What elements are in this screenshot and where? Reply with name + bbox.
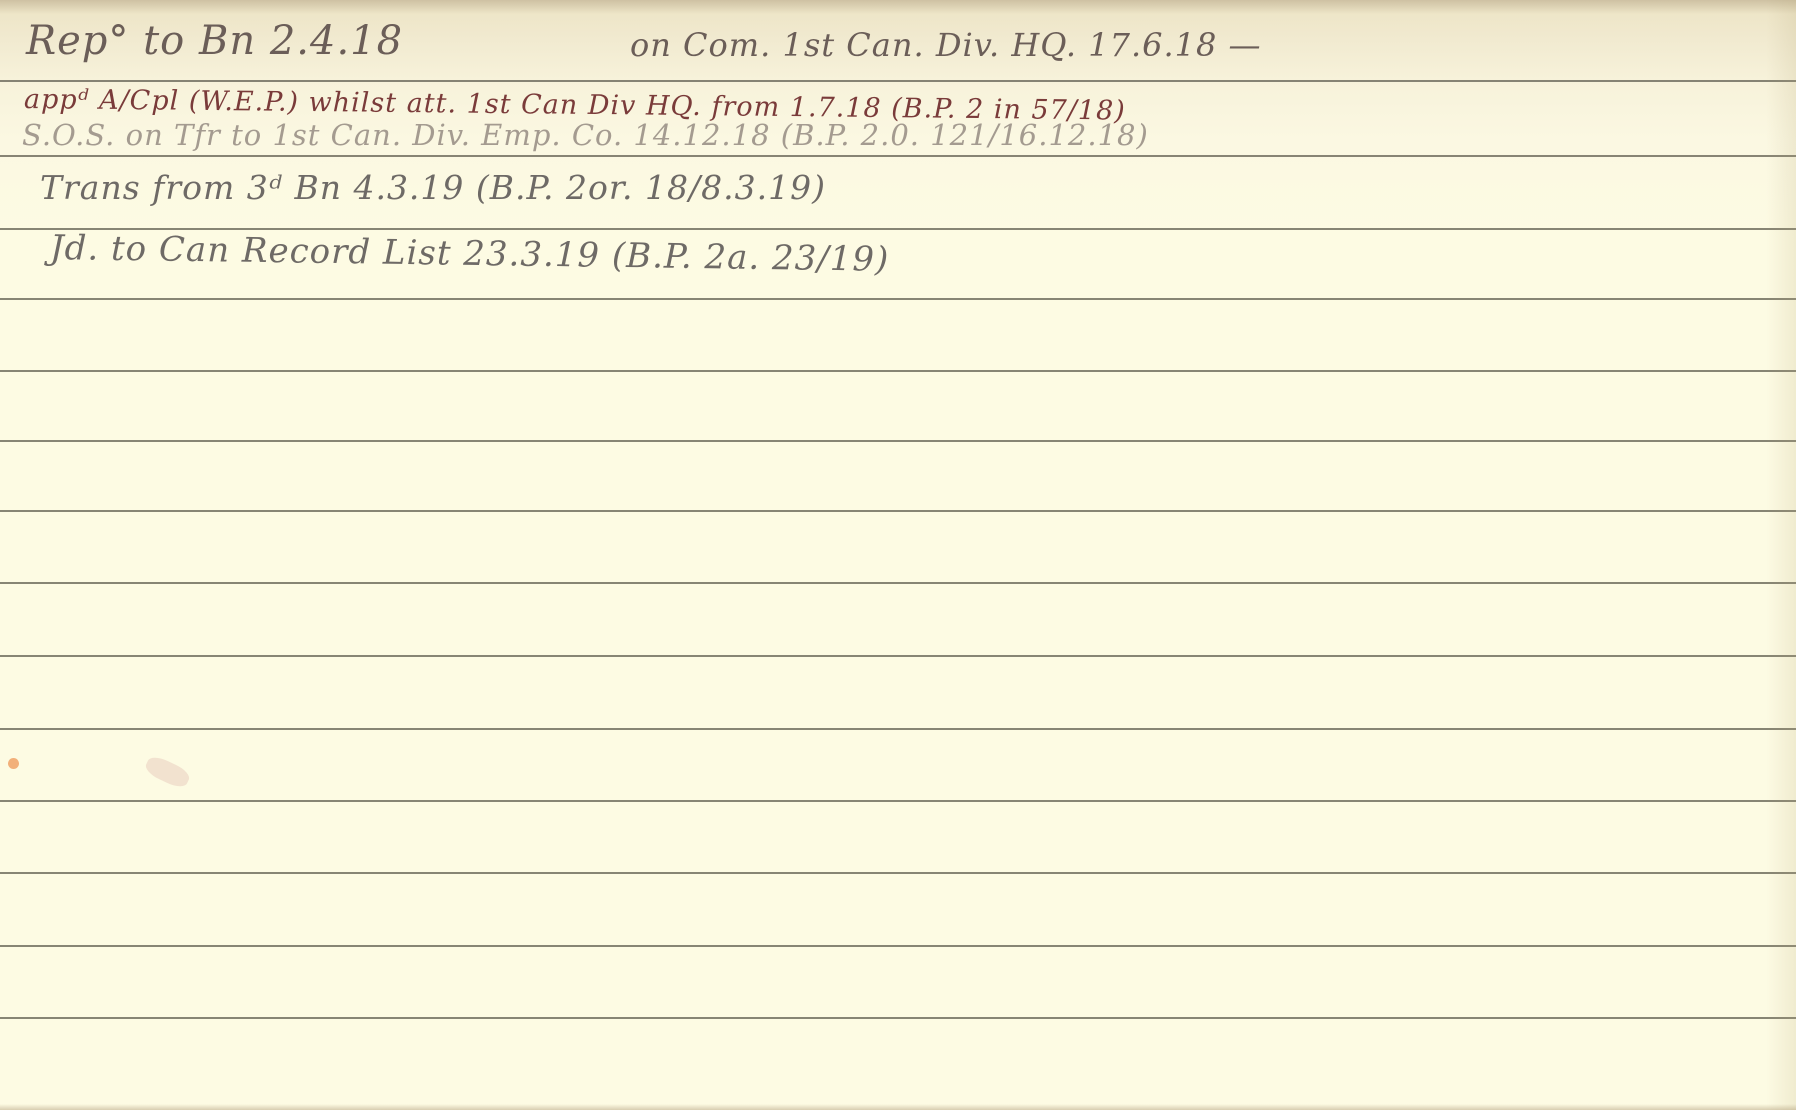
entry-1-command-div-hq: on Com. 1st Can. Div. HQ. 17.6.18 —	[630, 26, 1262, 64]
bottom-edge-shadow	[0, 1104, 1796, 1110]
ruled-line	[0, 155, 1796, 157]
ruled-line	[0, 872, 1796, 874]
orange-spot-mark	[8, 758, 19, 769]
ruled-line	[0, 945, 1796, 947]
entry-5-can-record-list: Jd. to Can Record List 23.3.19 (B.P. 2a.…	[50, 228, 890, 280]
top-edge-stain	[0, 0, 1796, 14]
entry-1-reported-to-battalion: Rep° to Bn 2.4.18	[26, 18, 403, 64]
ruled-line	[0, 1017, 1796, 1019]
entry-3-sos-transfer: S.O.S. on Tfr to 1st Can. Div. Emp. Co. …	[22, 118, 1149, 152]
ruled-line	[0, 80, 1796, 82]
ruled-line	[0, 440, 1796, 442]
ruled-line	[0, 655, 1796, 657]
ruled-line	[0, 582, 1796, 584]
ruled-line	[0, 510, 1796, 512]
ruled-line	[0, 728, 1796, 730]
ruled-line	[0, 370, 1796, 372]
ruled-line	[0, 298, 1796, 300]
ruled-line	[0, 228, 1796, 230]
entry-4-transfer-from-3rd-bn: Trans from 3ᵈ Bn 4.3.19 (B.P. 2or. 18/8.…	[40, 168, 826, 207]
ruled-line	[0, 800, 1796, 802]
record-card: Rep° to Bn 2.4.18 on Com. 1st Can. Div. …	[0, 0, 1796, 1110]
smudge-mark	[143, 753, 192, 790]
